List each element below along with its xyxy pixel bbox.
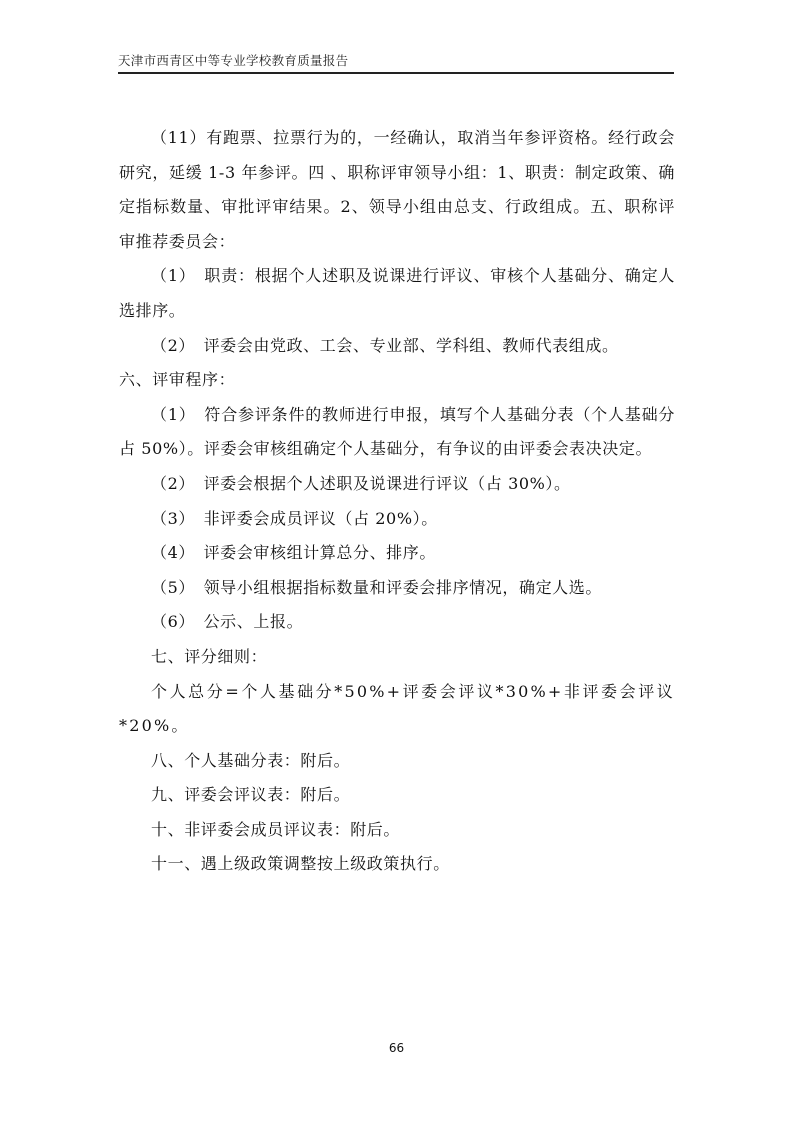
paragraph-step-5: （5） 领导小组根据指标数量和评委会排序情况，确定人选。: [119, 571, 675, 606]
section-committee-review-table: 九、评委会评议表：附后。: [119, 778, 675, 813]
paragraph-step-3: （3） 非评委会成员评议（占 20%）。: [119, 502, 675, 537]
paragraph-score-formula: 个人总分=个人基础分*50%+评委会评议*30%+非评委会评议*20%。: [119, 675, 675, 744]
header-divider: [118, 72, 674, 74]
paragraph-step-6: （6） 公示、上报。: [119, 605, 675, 640]
section-policy-adjustment: 十一、遇上级政策调整按上级政策执行。: [119, 847, 675, 882]
header-title: 天津市西青区中等专业学校教育质量报告: [118, 52, 674, 70]
section-non-committee-review-table: 十、非评委会成员评议表：附后。: [119, 813, 675, 848]
document-body: （11）有跑票、拉票行为的，一经确认，取消当年参评资格。经行政会研究，延缓 1-…: [119, 121, 675, 882]
paragraph-committee-composition: （2） 评委会由党政、工会、专业部、学科组、教师代表组成。: [119, 329, 675, 364]
paragraph-step-1: （1） 符合参评条件的教师进行申报，填写个人基础分表（个人基础分占 50%）。评…: [119, 398, 675, 467]
paragraph-committee-duties: （1） 职责：根据个人述职及说课进行评议、审核个人基础分、确定人选排序。: [119, 259, 675, 328]
paragraph-step-4: （4） 评委会审核组计算总分、排序。: [119, 536, 675, 571]
paragraph-step-2: （2） 评委会根据个人述职及说课进行评议（占 30%）。: [119, 467, 675, 502]
paragraph-disqualification-and-committees: （11）有跑票、拉票行为的，一经确认，取消当年参评资格。经行政会研究，延缓 1-…: [119, 121, 675, 259]
page-header: 天津市西青区中等专业学校教育质量报告: [118, 52, 674, 70]
page-number: 66: [0, 1041, 793, 1055]
section-basic-score-table: 八、个人基础分表：附后。: [119, 744, 675, 779]
section-heading-scoring-rules: 七、评分细则：: [119, 640, 675, 675]
section-heading-review-procedure: 六、评审程序：: [119, 363, 675, 398]
